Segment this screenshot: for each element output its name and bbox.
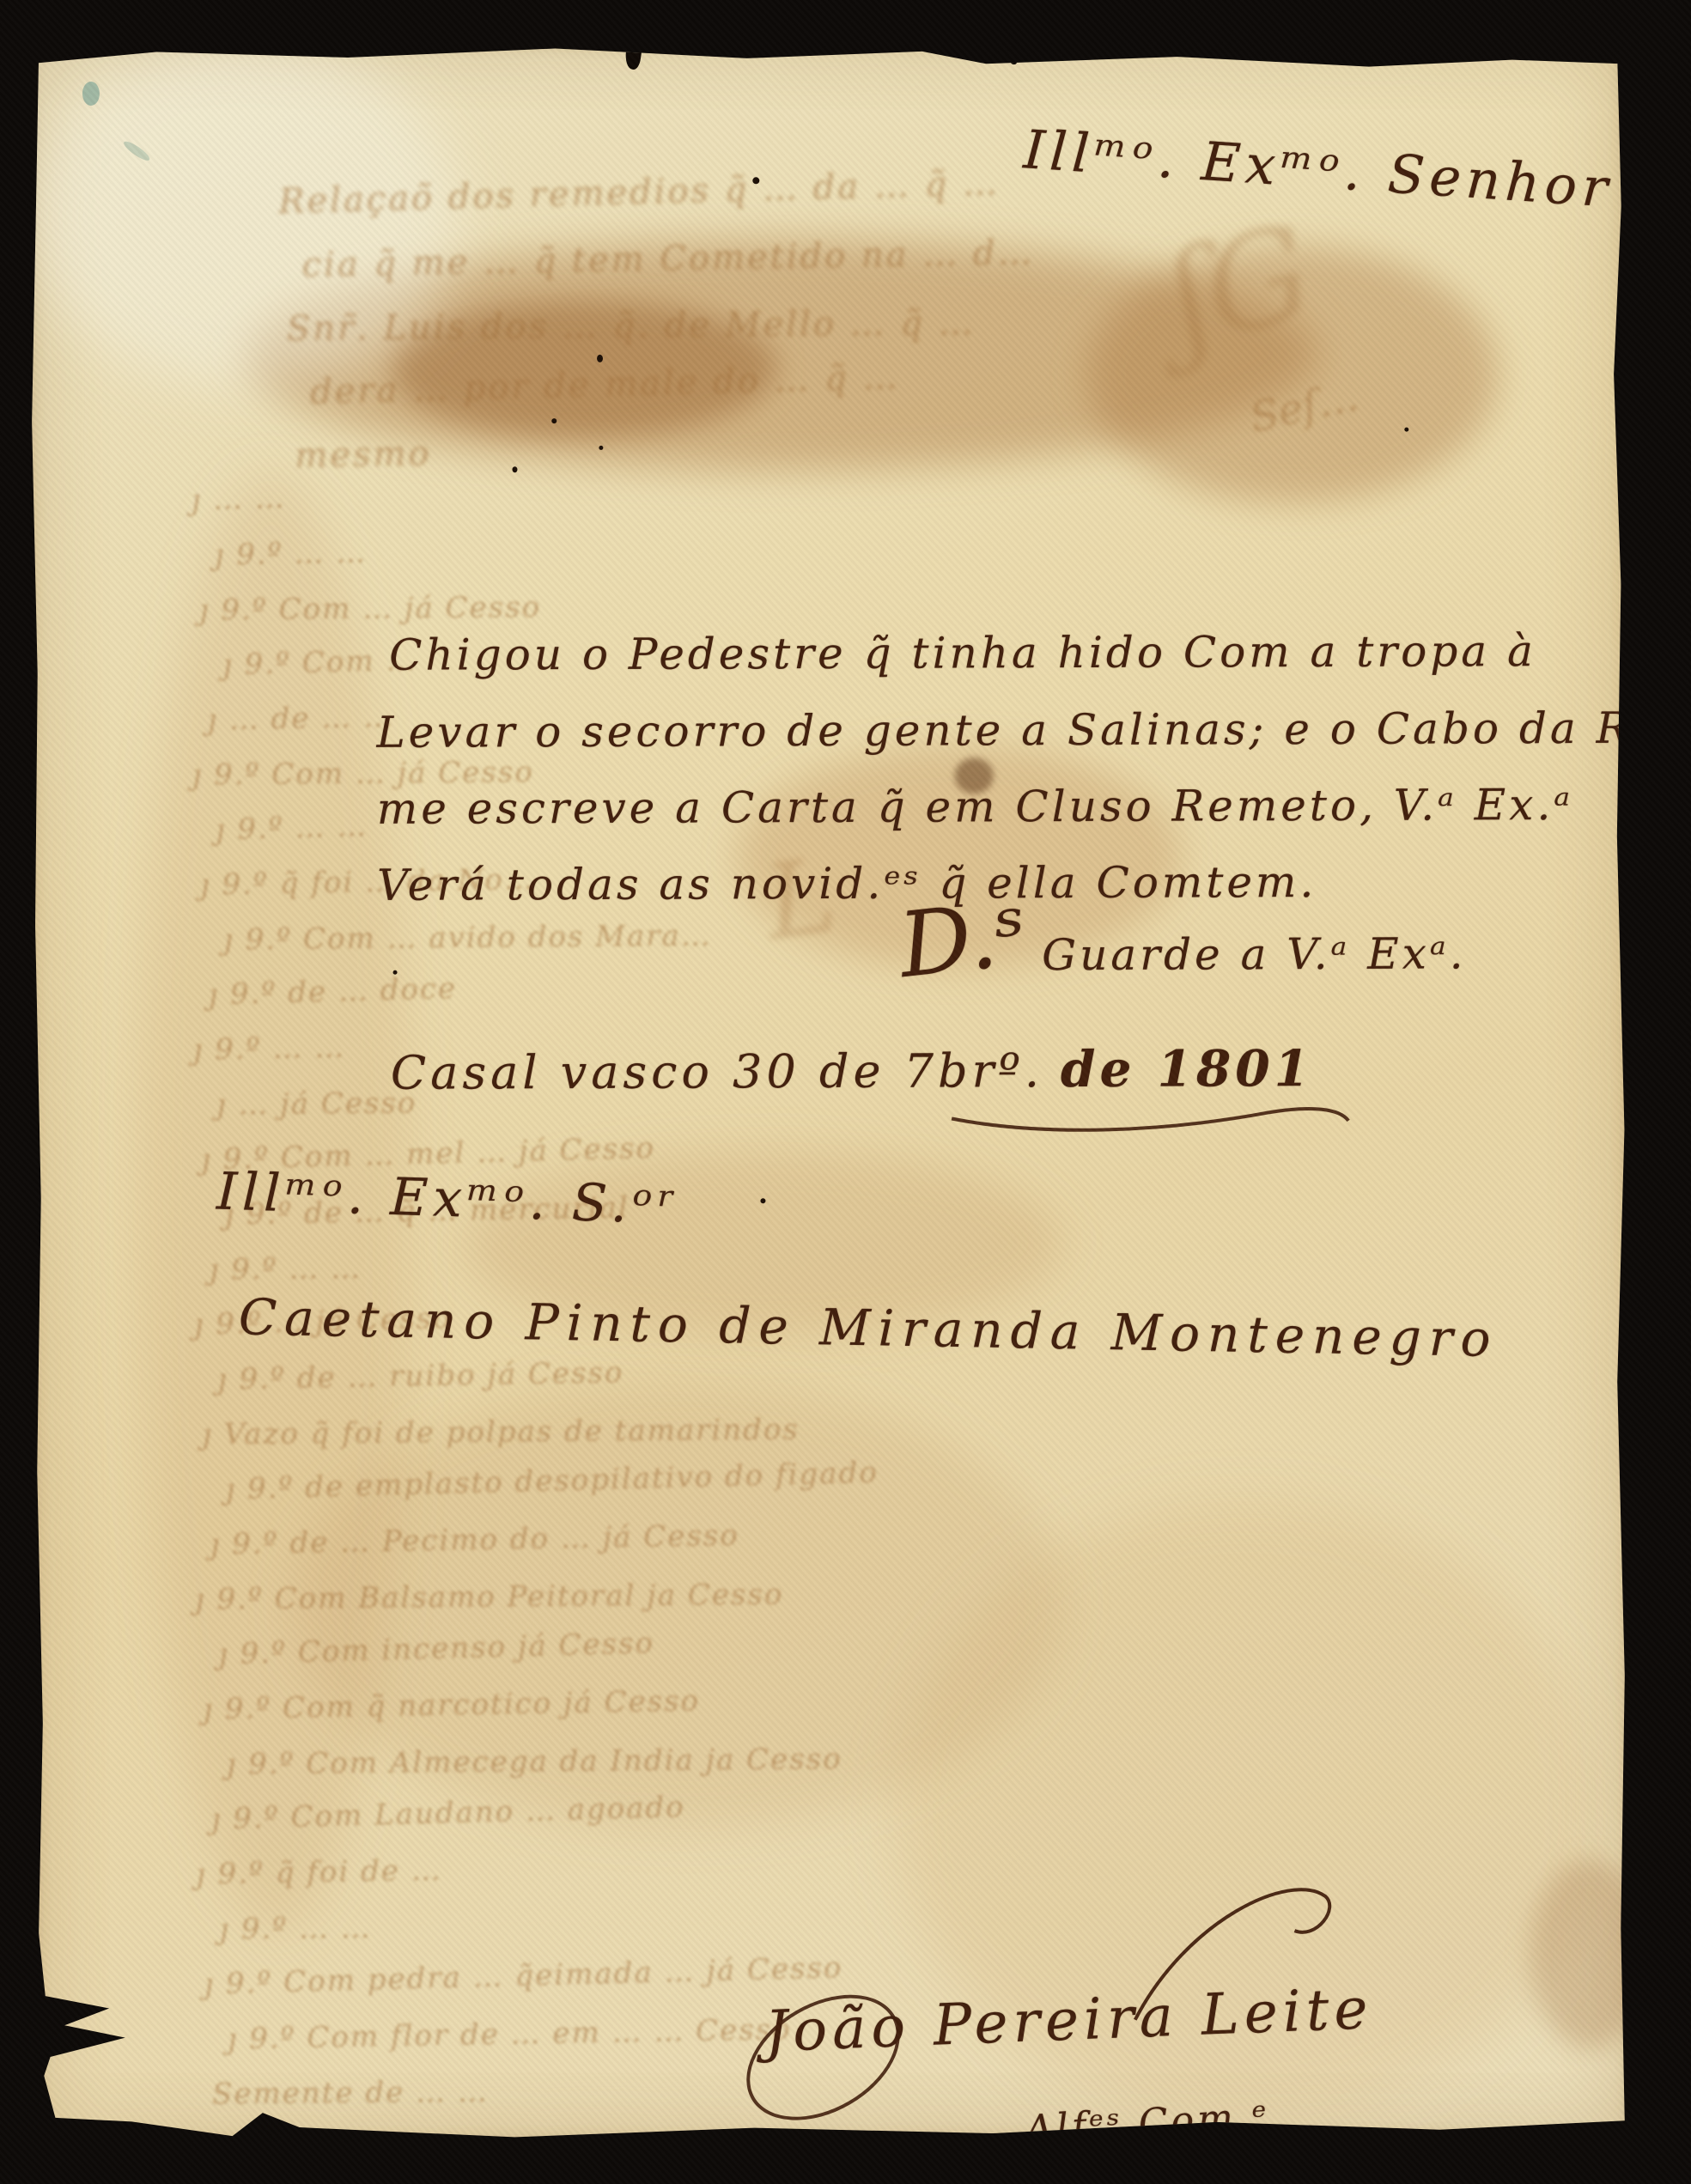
salutation-line: Illᵐᵒ. Exᵐᵒ. Senhor: [1022, 118, 1615, 219]
signature-name: João Pereira Leite: [763, 1975, 1373, 2065]
ghost-line: mesmo: [295, 434, 432, 476]
stain: [1530, 1859, 1651, 2048]
ghost-line: ȷ 9.º q̃ foi de …: [196, 1853, 442, 1892]
ghost-line: ȷ 9.º Com Almecega da India ja Cesso: [227, 1742, 842, 1781]
ink-speck: [551, 418, 557, 423]
ghost-line: ȷ 9.º … …: [192, 1030, 345, 1067]
ghost-line: ȷ 9.º Com flor de … em … … Cesso: [228, 2012, 793, 2056]
dateline-place: Casal vasco 30 de 7brº.: [391, 1043, 1043, 1100]
ghost-line: ȷ 9.º de … Pecimo do … já Cesso: [210, 1518, 739, 1562]
ghost-line: ȷ 9.º … …: [214, 535, 367, 572]
ghost-line: ȷ … de … …: [207, 700, 394, 738]
ghost-line: dera … por de male do … q̃ …: [310, 357, 901, 412]
ghost-line: ȷ … …: [191, 481, 286, 518]
verdigris-spot: [82, 82, 100, 106]
stain: [1086, 245, 1499, 504]
ghost-line: ȷ 9.º Com Laudano … agoado: [210, 1790, 685, 1836]
year-underline-flourish: [943, 1092, 1355, 1145]
dateline-year: de 1801: [1061, 1039, 1313, 1098]
ink-speck: [597, 355, 603, 362]
ghost-line: ȷ 9.º Com incenso já Cesso: [218, 1626, 655, 1671]
ghost-line: Semente de … …: [212, 2075, 489, 2112]
ink-speck: [760, 1198, 765, 1203]
ghost-line: ȷ 9.º de … doce: [208, 971, 457, 1013]
dateline: Casal vasco 30 de 7brº. de 1801: [391, 1039, 1313, 1101]
signature-rank: Alfᵉˢ Com.ᵉ: [1025, 2094, 1271, 2151]
ghost-line: ȷ 9.º Com … já Cesso: [199, 590, 541, 627]
ghost-line: ȷ 9.º Com Balsamo Peitoral ja Cesso: [195, 1578, 784, 1617]
bleedthrough-list: ȷ … …ȷ 9.º … …ȷ 9.º Com … já Cessoȷ 9.º …: [29, 39, 1624, 44]
letter-paper: ʃG L Seſ… Relaçaõ dos remedios q̃ … da ……: [29, 39, 1632, 2143]
bleedthrough-heading: Relaçaõ dos remedios q̃ … da … q̃ …cia q…: [29, 39, 1624, 44]
ink-speck: [512, 466, 517, 472]
ghost-line: ȷ 9.º Com …: [222, 643, 417, 683]
ghost-line: Snr̃. Luis dos … q̃. de Mello … q̃ …: [287, 303, 976, 349]
ink-drip: [1005, 37, 1019, 65]
ghost-line: ȷ … já Cesso: [216, 1086, 417, 1122]
ghost-margin-fragment: Seſ…: [1246, 372, 1363, 442]
valediction-initial: D.ˢ: [894, 880, 1031, 998]
ghost-line: ȷ 9.º Com pedra … q̃eimada … já Cesso: [204, 1950, 843, 2001]
ghost-line: Relaçaõ dos remedios q̃ … da … q̃ …: [278, 163, 1001, 222]
ghost-line: ȷ 9.º … …: [219, 1911, 372, 1947]
ink-speck: [1404, 428, 1408, 432]
verdigris-streak: [122, 138, 152, 163]
valediction-line: D.ˢ Guarde a V.ᵃ Exᵃ.: [899, 885, 1467, 991]
ghost-line: ȷ 9.º de … ruibo já Cesso: [217, 1355, 624, 1396]
body-line-2: Levar o secorro de gente a Salinas; e o …: [376, 703, 1691, 757]
addressee-name: Caetano Pinto de Miranda Montenegro: [238, 1287, 1499, 1368]
ghost-line: cia q̃ me … q̃ tem Cometido na … d…: [301, 233, 1035, 285]
ghost-flourish: ʃG: [1156, 197, 1326, 375]
ghost-line: ȷ Vazo q̃ foi de polpas de tamarindos: [202, 1412, 800, 1451]
body-line-1: Chigou o Pedestre q̃ tinha hido Com a tr…: [389, 626, 1536, 680]
scan-background: ʃG L Seſ… Relaçaõ dos remedios q̃ … da ……: [0, 0, 1691, 2184]
body-line-3: me escreve a Carta q̃ em Cluso Remeto, V…: [377, 780, 1573, 834]
ink-speck: [599, 446, 603, 450]
ghost-line: ȷ 9.º de emplasto desopilativo do figado: [225, 1456, 879, 1507]
ink-drip: [623, 36, 643, 70]
valediction-rest: Guarde a V.ᵃ Exᵃ.: [1042, 928, 1467, 980]
ghost-line: ȷ 9.º Com q̃ narcotico já Cesso: [203, 1683, 700, 1726]
ghost-line: ȷ 9.º … …: [215, 809, 368, 848]
ghost-line: ȷ 9.º Com … avido dos Mara…: [223, 919, 712, 958]
ghost-line: ȷ 9.º … …: [210, 1251, 362, 1287]
